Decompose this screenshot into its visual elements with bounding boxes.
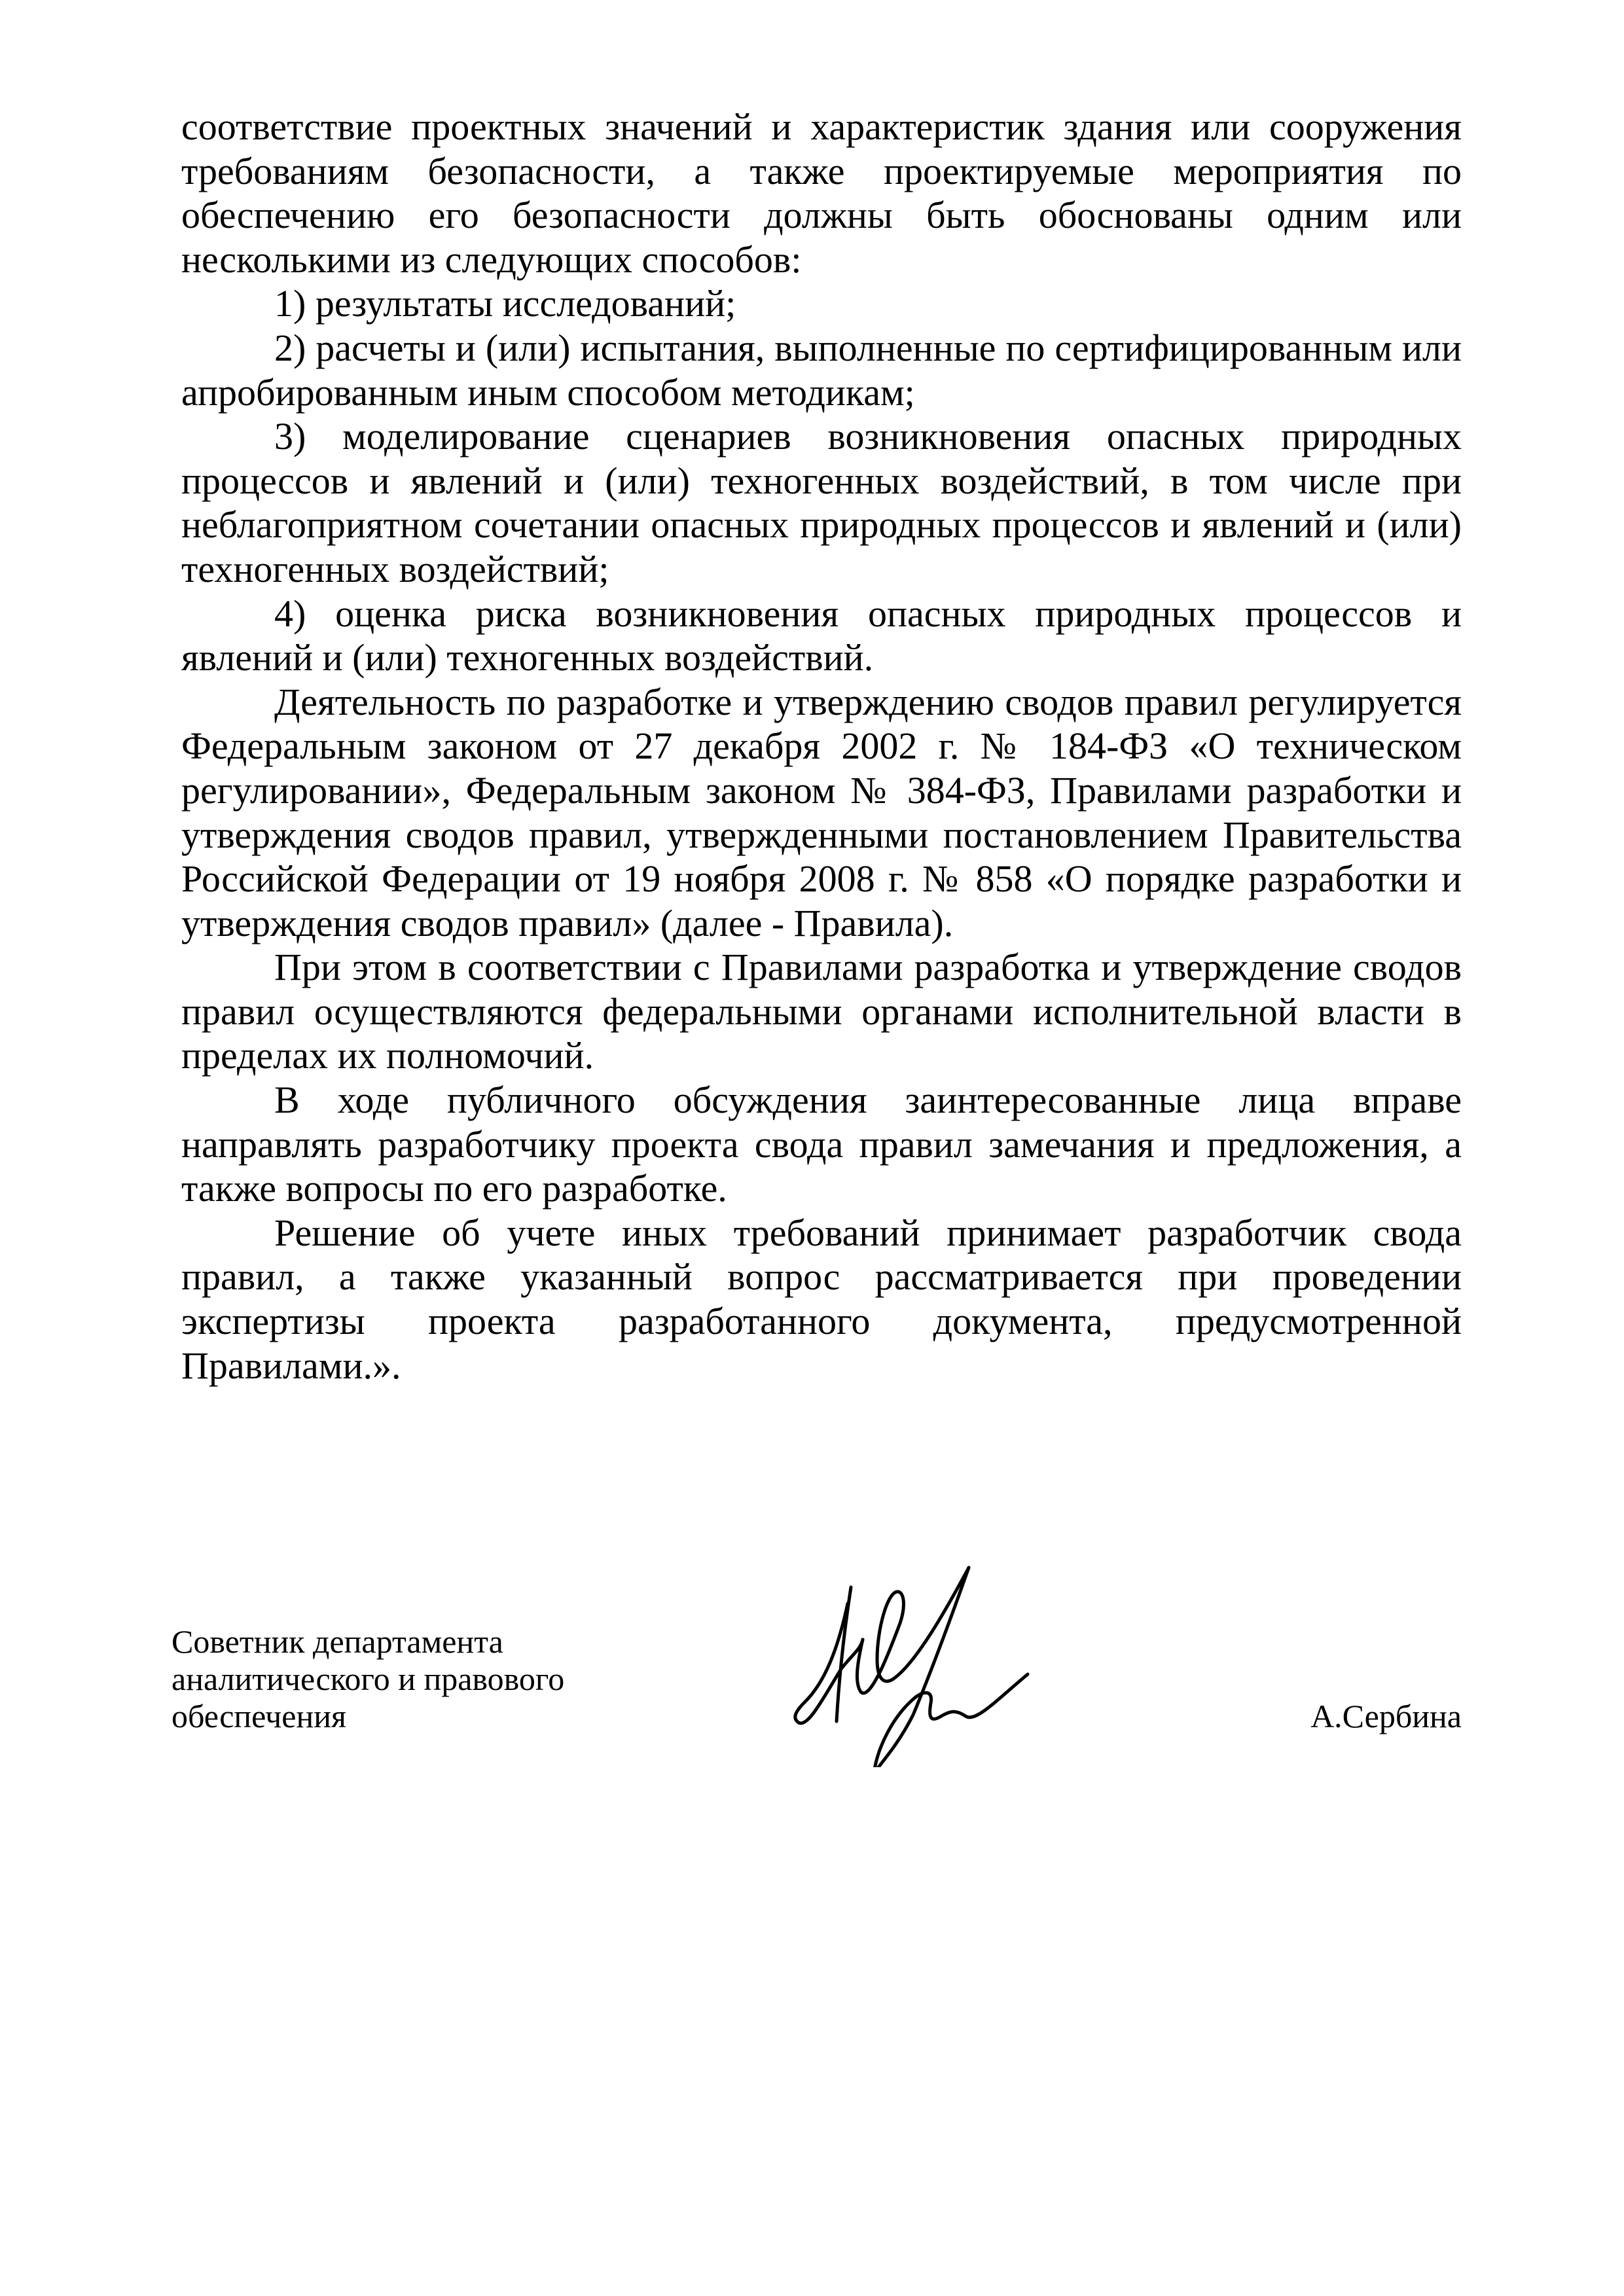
list-item-1: 1) результаты исследований; xyxy=(181,281,1462,326)
position-line-3: обеспечения xyxy=(171,1698,564,1735)
signatory-position: Советник департамента аналитического и п… xyxy=(171,1623,564,1735)
paragraph-regulation: Деятельность по разработке и утверждению… xyxy=(181,680,1462,946)
list-item-2: 2) расчеты и (или) испытания, выполненны… xyxy=(181,326,1462,414)
list-item-3: 3) моделирование сценариев возникновения… xyxy=(181,414,1462,591)
document-body: соответствие проектных значений и характ… xyxy=(181,105,1462,1388)
document-page: соответствие проектных значений и характ… xyxy=(0,0,1624,2296)
paragraph-decision: Решение об учете иных требований принима… xyxy=(181,1211,1462,1388)
position-line-1: Советник департамента xyxy=(171,1623,564,1660)
paragraph-continuation: соответствие проектных значений и характ… xyxy=(181,105,1462,281)
position-line-2: аналитического и правового xyxy=(171,1660,564,1698)
paragraph-authority: При этом в соответствии с Правилами разр… xyxy=(181,945,1462,1078)
handwritten-signature-icon xyxy=(779,1551,1119,1767)
signatory-name: А.Сербина xyxy=(1310,1698,1462,1735)
list-item-4: 4) оценка риска возникновения опасных пр… xyxy=(181,592,1462,680)
paragraph-public-discussion: В ходе публичного обсуждения заинтересов… xyxy=(181,1078,1462,1211)
